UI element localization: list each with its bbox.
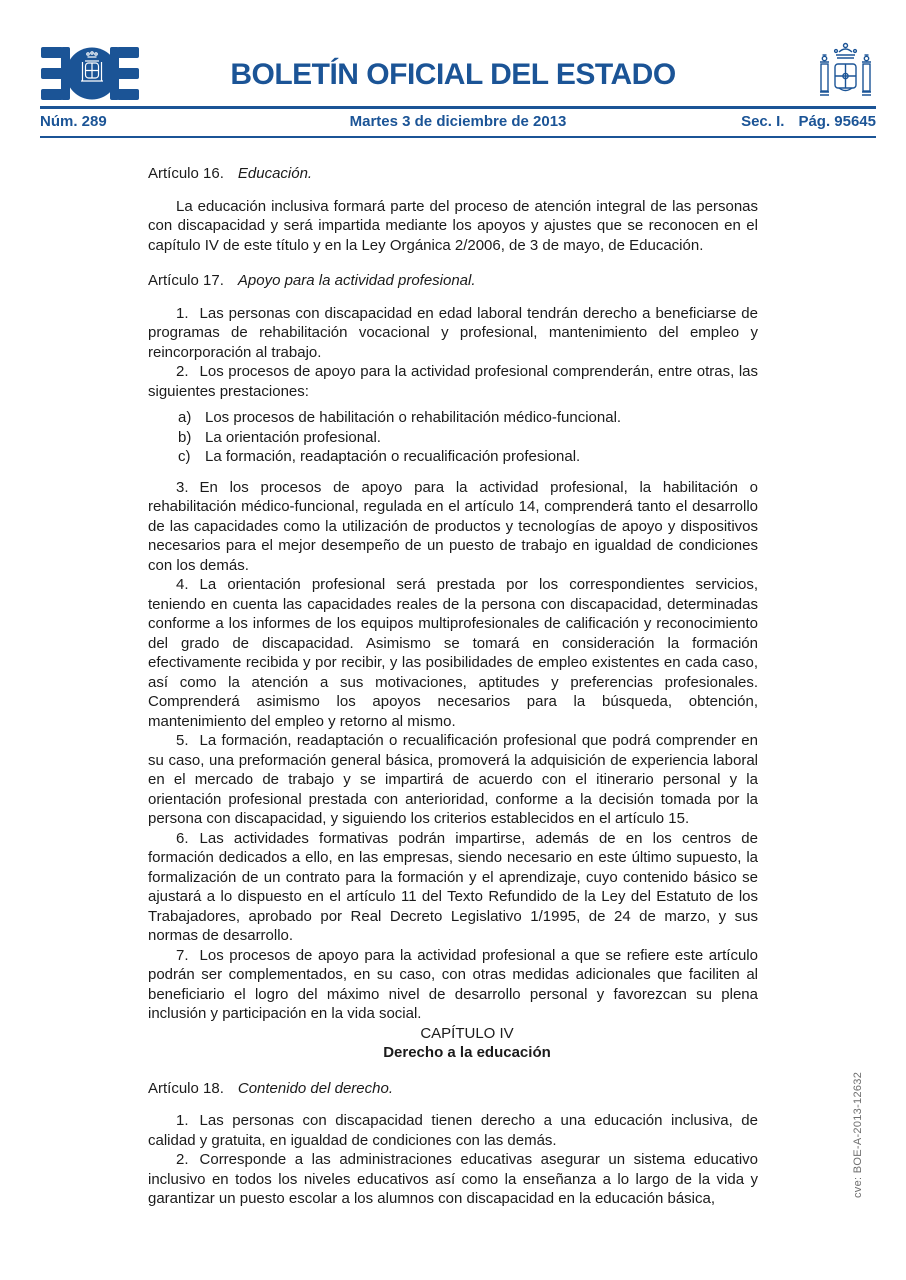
paragraph-number: 1. xyxy=(176,1112,189,1129)
paragraph-number: 2. xyxy=(176,363,189,380)
paragraph-number: 3. xyxy=(176,479,189,496)
paragraph: La educación inclusiva formará parte del… xyxy=(148,197,758,256)
paragraph-text: Los procesos de apoyo para la actividad … xyxy=(148,363,758,400)
paragraph-text: Los procesos de apoyo para la actividad … xyxy=(148,947,758,1023)
article-title: Apoyo para la actividad profesional. xyxy=(238,272,476,289)
numbered-paragraph: 3.En los procesos de apoyo para la activ… xyxy=(148,478,758,576)
page-title: BOLETÍN OFICIAL DEL ESTADO xyxy=(0,58,906,92)
numbered-paragraph: 2.Corresponde a las administraciones edu… xyxy=(148,1150,758,1209)
page-number: Pág. 95645 xyxy=(798,113,876,130)
article-label: Artículo 16. xyxy=(148,165,224,182)
paragraph-number: 7. xyxy=(176,947,189,964)
paragraph-text: Las personas con discapacidad en edad la… xyxy=(148,305,758,361)
paragraph-number: 4. xyxy=(176,576,189,593)
list-item: c)La formación, readaptación o recualifi… xyxy=(148,447,758,467)
lettered-list: a)Los procesos de habilitación o rehabil… xyxy=(148,408,758,467)
paragraph-text: La formación, readaptación o recualifica… xyxy=(148,732,758,827)
article-label: Artículo 18. xyxy=(148,1080,224,1097)
list-item: b)La orientación profesional. xyxy=(148,428,758,448)
masthead: BOLETÍN OFICIAL DEL ESTADO xyxy=(0,0,906,138)
section-page: Sec. I.Pág. 95645 xyxy=(741,113,876,130)
chapter-heading: CAPÍTULO IV xyxy=(148,1024,758,1044)
paragraph-text: La orientación profesional será prestada… xyxy=(148,576,758,730)
chapter-title: Derecho a la educación xyxy=(148,1043,758,1063)
numbered-paragraph: 6.Las actividades formativas podrán impa… xyxy=(148,829,758,946)
numbered-paragraph: 2.Los procesos de apoyo para la activida… xyxy=(148,362,758,401)
header-rule-bottom xyxy=(40,136,876,138)
numbered-paragraph: 7.Los procesos de apoyo para la activida… xyxy=(148,946,758,1024)
list-text: La orientación profesional. xyxy=(205,429,381,446)
list-text: La formación, readaptación o recualifica… xyxy=(205,448,580,465)
list-marker: b) xyxy=(178,428,205,448)
list-item: a)Los procesos de habilitación o rehabil… xyxy=(148,408,758,428)
article-17-heading: Artículo 17.Apoyo para la actividad prof… xyxy=(148,271,758,291)
paragraph-text: En los procesos de apoyo para la activid… xyxy=(148,479,758,574)
article-18-heading: Artículo 18.Contenido del derecho. xyxy=(148,1079,758,1099)
numbered-paragraph: 5.La formación, readaptación o recualifi… xyxy=(148,731,758,829)
header-rule-top xyxy=(40,106,876,109)
article-title: Educación. xyxy=(238,165,312,182)
header-meta-row: Núm. 289 Martes 3 de diciembre de 2013 S… xyxy=(40,111,876,135)
paragraph-number: 5. xyxy=(176,732,189,749)
article-label: Artículo 17. xyxy=(148,272,224,289)
list-text: Los procesos de habilitación o rehabilit… xyxy=(205,409,621,426)
article-title: Contenido del derecho. xyxy=(238,1080,393,1097)
cve-code: cve: BOE-A-2013-12632 xyxy=(852,1063,868,1198)
list-marker: c) xyxy=(178,447,205,467)
paragraph-number: 1. xyxy=(176,305,189,322)
paragraph-number: 6. xyxy=(176,830,189,847)
numbered-paragraph: 1.Las personas con discapacidad en edad … xyxy=(148,304,758,363)
numbered-paragraph: 1.Las personas con discapacidad tienen d… xyxy=(148,1111,758,1150)
cve-code-text: cve: BOE-A-2013-12632 xyxy=(852,1063,864,1198)
document-body: Artículo 16.Educación. La educación incl… xyxy=(148,164,758,1209)
paragraph-text: Las personas con discapacidad tienen der… xyxy=(148,1112,758,1149)
boe-gazette-page: BOLETÍN OFICIAL DEL ESTADO xyxy=(0,0,906,1280)
paragraph-text: Corresponde a las administraciones educa… xyxy=(148,1151,758,1207)
numbered-paragraph: 4.La orientación profesional será presta… xyxy=(148,575,758,731)
list-marker: a) xyxy=(178,408,205,428)
paragraph-text: Las actividades formativas podrán impart… xyxy=(148,830,758,945)
section-label: Sec. I. xyxy=(741,113,784,130)
article-16-heading: Artículo 16.Educación. xyxy=(148,164,758,184)
spain-coat-of-arms-icon xyxy=(818,42,873,103)
paragraph-number: 2. xyxy=(176,1151,189,1168)
